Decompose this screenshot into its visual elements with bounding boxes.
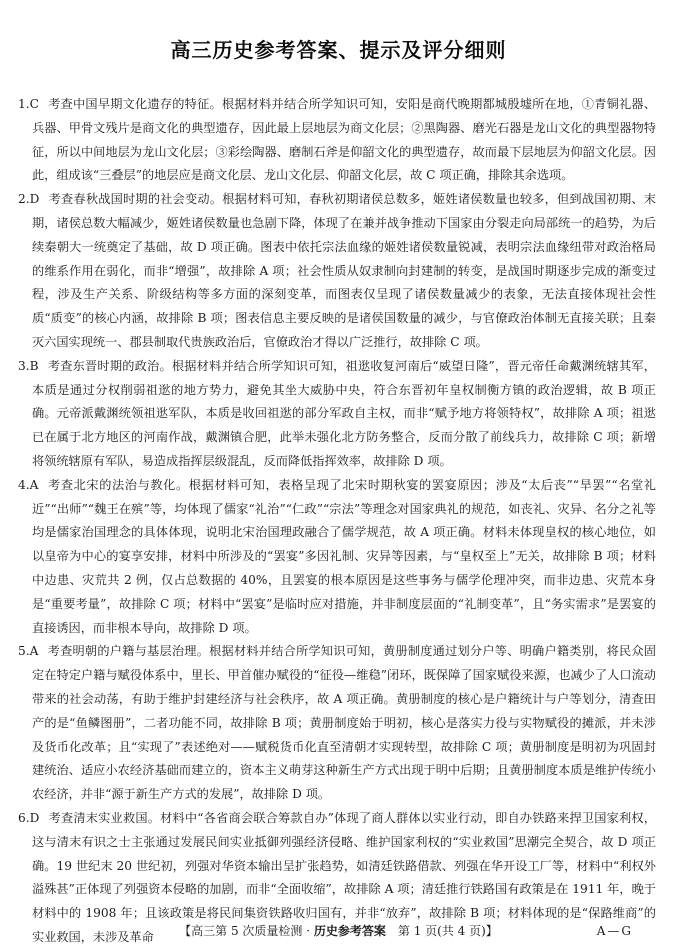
answer-text-2: 考查春秋战国时期的社会变动。根据材料可知，春秋初期诸侯总数多，姬姓诸侯数量也较多… bbox=[32, 192, 656, 349]
answer-item-1: 1.C考查中国早期文化遗存的特征。根据材料并结合所学知识可知，安阳是商代晚期都城… bbox=[18, 93, 656, 188]
page-footer: 【高三第 5 次质量检测 · 历史参考答案 第 1 页(共 4 页)】 A—G bbox=[0, 922, 677, 940]
question-number-3: 3.B bbox=[18, 359, 39, 373]
answer-text-5: 考查明朝的户籍与基层治理。根据材料并结合所学知识可知，黄册制度通过划分户等、明确… bbox=[32, 644, 656, 801]
answer-text-4: 考查北宋的法治与教化。根据材料可知，表格呈现了北宋时期秋宴的罢宴原因；涉及“太后… bbox=[32, 478, 656, 635]
question-number-1: 1.C bbox=[18, 97, 39, 111]
footer-caption-prefix: 【高三第 5 次质量检测 · bbox=[179, 924, 314, 938]
answer-text-3: 考查东晋时期的政治。根据材料并结合所学知识可知，祖逖收复河南后“威望日隆”，晋元… bbox=[32, 359, 656, 468]
question-number-4: 4.A bbox=[18, 478, 38, 492]
answers-list: 1.C考查中国早期文化遗存的特征。根据材料并结合所学知识可知，安阳是商代晚期都城… bbox=[0, 93, 677, 949]
question-number-6: 6.D bbox=[18, 811, 39, 825]
footer-caption: 【高三第 5 次质量检测 · 历史参考答案 第 1 页(共 4 页)】 bbox=[0, 922, 677, 940]
footer-code: A—G bbox=[597, 922, 633, 940]
footer-page-number: 第 1 页(共 4 页)】 bbox=[386, 924, 498, 938]
question-number-2: 2.D bbox=[18, 192, 39, 206]
answer-item-3: 3.B考查东晋时期的政治。根据材料并结合所学知识可知，祖逖收复河南后“威望日隆”… bbox=[18, 355, 656, 474]
page-title: 高三历史参考答案、提示及评分细则 bbox=[0, 0, 677, 63]
answer-item-5: 5.A考查明朝的户籍与基层治理。根据材料并结合所学知识可知，黄册制度通过划分户等… bbox=[18, 640, 656, 807]
footer-caption-title: 历史参考答案 bbox=[314, 924, 386, 938]
answer-key-page: 高三历史参考答案、提示及评分细则 1.C考查中国早期文化遗存的特征。根据材料并结… bbox=[0, 0, 677, 949]
question-number-5: 5.A bbox=[18, 644, 38, 658]
answer-text-1: 考查中国早期文化遗存的特征。根据材料并结合所学知识可知，安阳是商代晚期都城殷墟所… bbox=[32, 97, 656, 182]
answer-item-2: 2.D考查春秋战国时期的社会变动。根据材料可知，春秋初期诸侯总数多，姬姓诸侯数量… bbox=[18, 188, 656, 355]
answer-item-4: 4.A考查北宋的法治与教化。根据材料可知，表格呈现了北宋时期秋宴的罢宴原因；涉及… bbox=[18, 474, 656, 641]
